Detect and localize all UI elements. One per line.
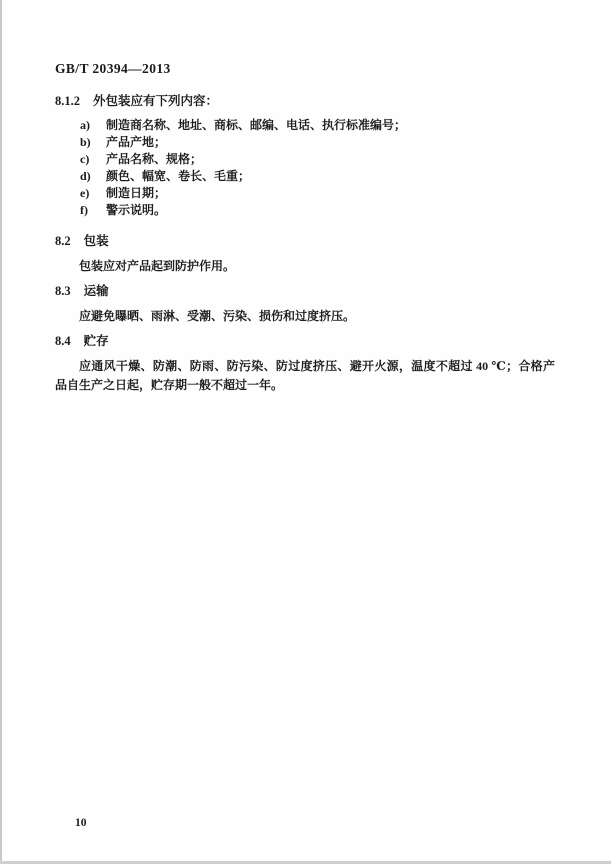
clause-number: 8.2 bbox=[55, 234, 71, 248]
list-item: e) 制造日期； bbox=[80, 185, 555, 202]
clause-8-3-heading: 8.3运输 bbox=[55, 283, 555, 300]
list-item-text: 产品名称、规格； bbox=[106, 151, 202, 168]
clause-number: 8.3 bbox=[55, 284, 71, 298]
clause-title: 包装 bbox=[84, 234, 109, 248]
clause-title: 运输 bbox=[84, 284, 109, 298]
list-item-text: 制造日期； bbox=[106, 185, 166, 202]
list-item-label: d) bbox=[80, 168, 106, 185]
list-item: a) 制造商名称、地址、商标、邮编、电话、执行标准编号； bbox=[80, 117, 555, 134]
clause-8-1-2-heading: 8.1.2外包装应有下列内容： bbox=[55, 93, 555, 110]
list-item-text: 制造商名称、地址、商标、邮编、电话、执行标准编号； bbox=[106, 117, 406, 134]
clause-number: 8.1.2 bbox=[55, 94, 80, 108]
list-item-label: c) bbox=[80, 151, 106, 168]
list-item: c) 产品名称、规格； bbox=[80, 151, 555, 168]
scan-edge-left bbox=[0, 0, 2, 864]
list-item: f) 警示说明。 bbox=[80, 202, 555, 219]
clause-8-1-2-list: a) 制造商名称、地址、商标、邮编、电话、执行标准编号； b) 产品产地； c)… bbox=[80, 117, 555, 219]
clause-8-3-body: 应避免曝晒、雨淋、受潮、污染、损伤和过度挤压。 bbox=[55, 307, 555, 326]
list-item-text: 颜色、幅宽、卷长、毛重； bbox=[106, 168, 250, 185]
list-item-label: f) bbox=[80, 202, 106, 219]
clause-8-2-body: 包装应对产品起到防护作用。 bbox=[55, 257, 555, 276]
list-item: b) 产品产地； bbox=[80, 134, 555, 151]
page-content: GB/T 20394—2013 8.1.2外包装应有下列内容： a) 制造商名称… bbox=[55, 60, 555, 395]
clause-title: 贮存 bbox=[84, 334, 109, 348]
list-item-label: b) bbox=[80, 134, 106, 151]
clause-8-4-heading: 8.4贮存 bbox=[55, 333, 555, 350]
list-item-label: e) bbox=[80, 185, 106, 202]
clause-title: 外包装应有下列内容： bbox=[93, 94, 218, 108]
clause-8-4-body: 应通风干燥、防潮、防雨、防污染、防过度挤压、避开火源，温度不超过 40 ℃；合格… bbox=[55, 357, 555, 395]
clause-8-2-heading: 8.2包装 bbox=[55, 233, 555, 250]
document-page: GB/T 20394—2013 8.1.2外包装应有下列内容： a) 制造商名称… bbox=[0, 0, 611, 864]
list-item: d) 颜色、幅宽、卷长、毛重； bbox=[80, 168, 555, 185]
page-number: 10 bbox=[75, 817, 87, 829]
list-item-text: 产品产地； bbox=[106, 134, 166, 151]
document-header: GB/T 20394—2013 bbox=[55, 60, 555, 77]
clause-number: 8.4 bbox=[55, 334, 71, 348]
list-item-label: a) bbox=[80, 117, 106, 134]
list-item-text: 警示说明。 bbox=[106, 202, 166, 219]
